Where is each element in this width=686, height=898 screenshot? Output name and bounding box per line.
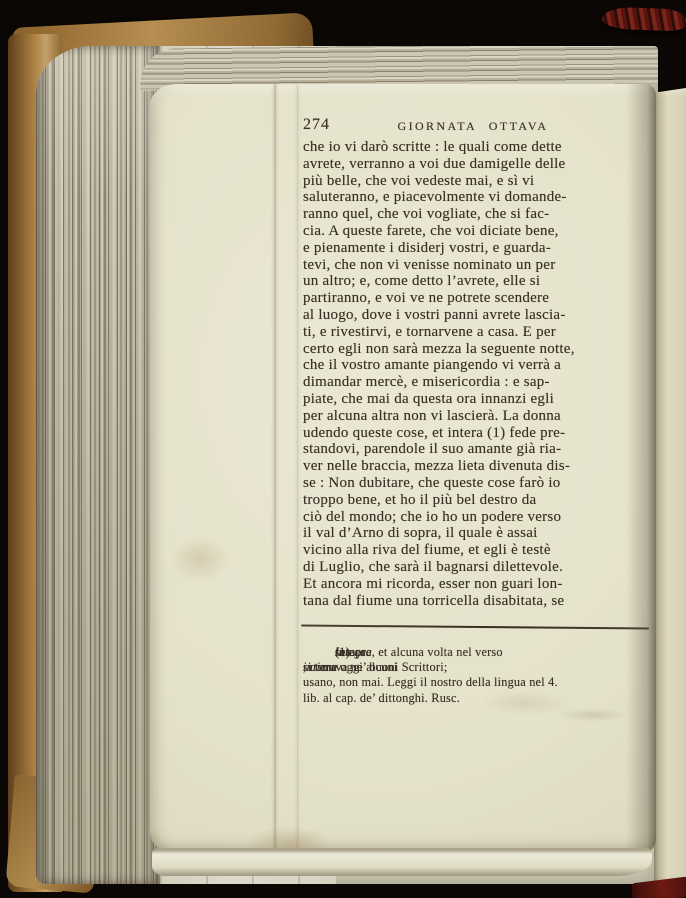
text-line: (1) Intera sempre, et alcuna volta nel v… [303, 645, 655, 660]
text-line: il val d’Arno di sopra, il quale è assai [303, 525, 643, 542]
text-line: più belle, che voi vedeste mai, e sì vi [303, 173, 643, 190]
text-line: per alcuna altra non vi lascierà. La don… [303, 408, 643, 425]
text-line: se : Non dubitare, che queste cose farò … [303, 475, 643, 492]
page-stain [170, 536, 230, 582]
show-through-smudge [558, 708, 628, 722]
running-header: GIORNATA OTTAVA [303, 119, 643, 134]
text-line: che io vi darò scritte : le quali come d… [303, 139, 643, 156]
text-line: ti, e rivestirvi, e tornarvene a casa. E… [303, 324, 643, 341]
text-line: dimandar mercè, e misericordia : e sap- [303, 374, 643, 391]
text-line: partiranno, e voi ve ne potrete scendere [303, 290, 643, 307]
page-header-row: 274 GIORNATA OTTAVA [303, 116, 643, 137]
text-line: vicino alla riva del fiume, et egli è te… [303, 542, 643, 559]
page-crease-line [274, 84, 276, 852]
text-line: certo egli non sarà mezza la seguente no… [303, 341, 643, 358]
facing-page-edge [654, 88, 686, 888]
text-line: di Luglio, che sarà il bagnarsi dilettev… [303, 559, 643, 576]
text-line: udendo queste cose, et intera (1) fede p… [303, 425, 643, 442]
text-line: che il vostro amante piangendo vi verrà … [303, 357, 643, 374]
text-line: troppo bene, et ho il più bel destro da [303, 492, 643, 509]
text-line: saluteranno, e piacevolmente vi domande- [303, 189, 643, 206]
book-scan-photo: 274 GIORNATA OTTAVA che io vi darò scrit… [0, 0, 686, 898]
text-line: ver nelle braccia, mezza lieta divenuta … [303, 458, 643, 475]
text-line: cia. A queste farete, che voi diciate be… [303, 223, 643, 240]
page-crease-line [297, 84, 298, 852]
page-edges-left-texture [36, 46, 160, 884]
text-line: ciò del mondo; che io ho un podere verso [303, 509, 643, 526]
gutter-shadow [626, 84, 656, 852]
text-line: avrete, verranno a voi due damigelle del… [303, 156, 643, 173]
text-line: ranno quel, che voi vogliate, che si fac… [303, 206, 643, 223]
text-line: usano, non mai. Leggi il nostro della li… [303, 675, 655, 690]
text-line: e pienamente i disiderj vostri, e guarda… [303, 240, 643, 257]
page-bottom-edge-highlight [152, 848, 652, 876]
text-line: tevi, che non vi venisse nominato un per [303, 257, 643, 274]
text-line: Et ancora mi ricorda, esser non guari lo… [303, 576, 643, 593]
text-line: piate, che mai da questa ora innanzi egl… [303, 391, 643, 408]
text-line: tana dal fiume una torricella disabitata… [303, 593, 643, 610]
text-line: lib. al cap. de’ dittonghi. Rusc. [303, 691, 655, 706]
text-line: un altro; e, come detto l’avrete, elle s… [303, 273, 643, 290]
text-line: si truova ne’ buoni Scrittori; intiera, … [303, 660, 655, 675]
text-line: standovi, parendole il suo amante già ri… [303, 441, 643, 458]
text-column: 274 GIORNATA OTTAVA che io vi darò scrit… [303, 116, 643, 706]
text-line: al luogo, dove i vostri panni avrete las… [303, 307, 643, 324]
book-page: 274 GIORNATA OTTAVA che io vi darò scrit… [150, 84, 656, 852]
red-headband [602, 7, 686, 32]
footnote-text: (1) Intera sempre, et alcuna volta nel v… [303, 645, 655, 707]
body-text: che io vi darò scritte : le quali come d… [303, 139, 643, 609]
footnote-rule [301, 625, 649, 630]
